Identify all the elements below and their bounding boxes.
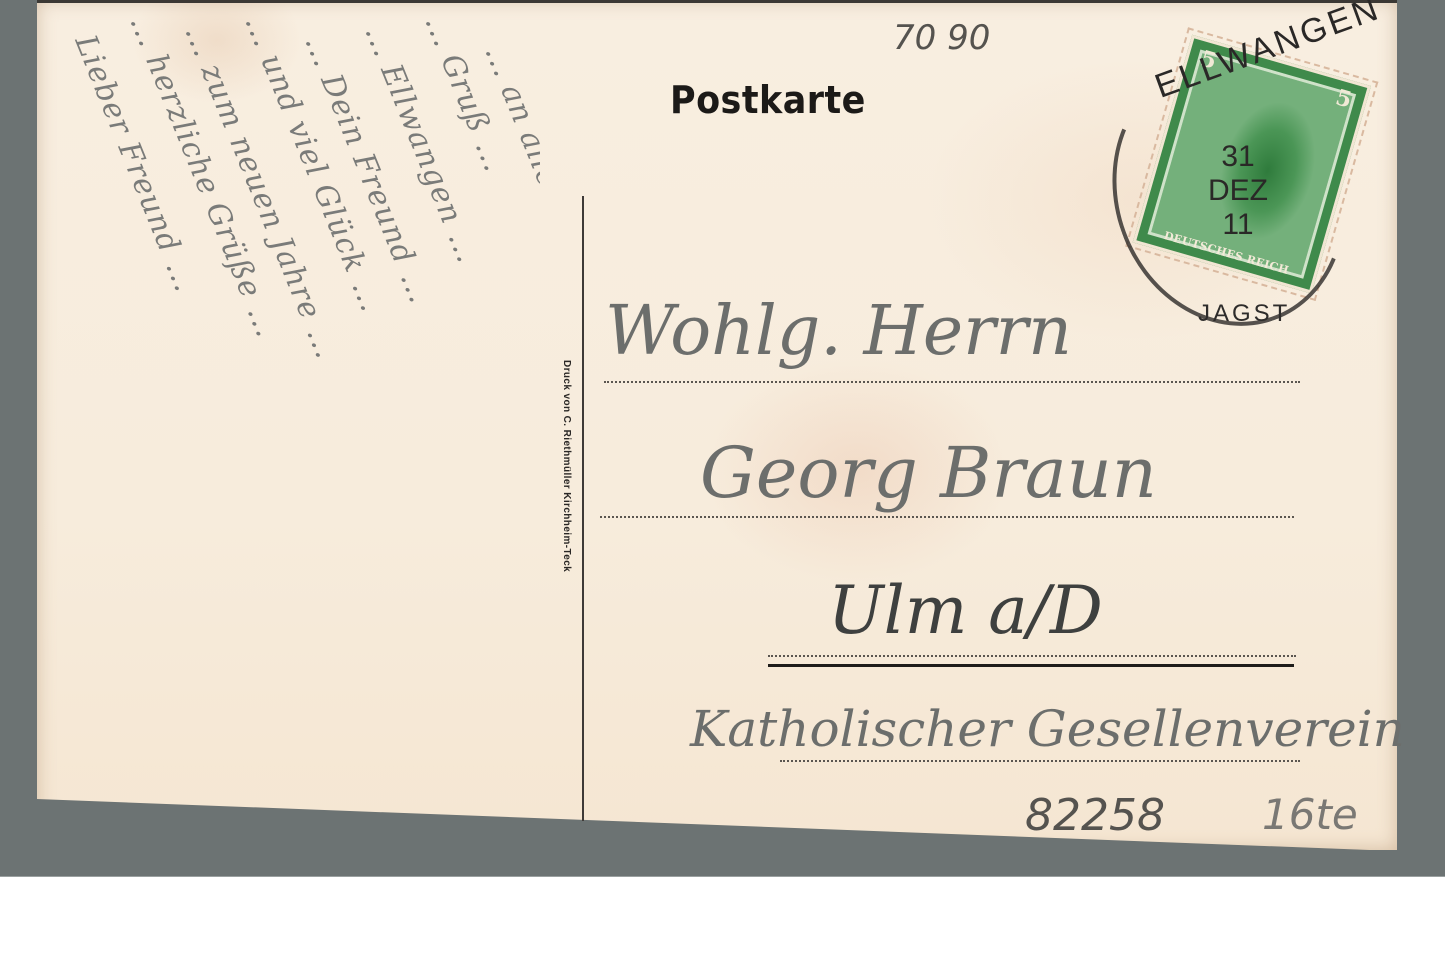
address-line-2 — [600, 516, 1294, 518]
message-area: Lieber Freund ... ... herzliche Grüße ..… — [60, 10, 540, 830]
postmark-date: 31 DEZ 11 — [1208, 140, 1268, 242]
postmark-day: 31 — [1208, 140, 1268, 174]
pencil-note-inventory-number: 82258 — [1025, 790, 1165, 841]
address-line-3-underline — [768, 664, 1294, 667]
postmark-month: DEZ — [1208, 174, 1268, 208]
pencil-note-right: 16te — [1262, 790, 1358, 839]
printer-imprint: Druck von C. Riethmüller Kirchheim-Teck — [561, 360, 572, 572]
address-line-3 — [768, 655, 1296, 657]
address-organization: Katholischer Gesellenverein — [690, 700, 1405, 758]
pencil-note-top: 70 90 — [893, 18, 990, 58]
card-top-edge — [37, 0, 1397, 3]
address-city: Ulm a/D — [828, 572, 1103, 649]
center-divider-line — [582, 196, 584, 821]
postmark-year: 11 — [1208, 208, 1268, 242]
postcard-heading: Postkarte — [670, 78, 866, 122]
address-name: Georg Braun — [700, 432, 1157, 514]
address-line-1 — [604, 381, 1300, 383]
postmark-region: JAGST — [1198, 300, 1290, 328]
address-line-4 — [780, 760, 1300, 762]
address-salutation: Wohlg. Herrn — [605, 292, 1072, 371]
